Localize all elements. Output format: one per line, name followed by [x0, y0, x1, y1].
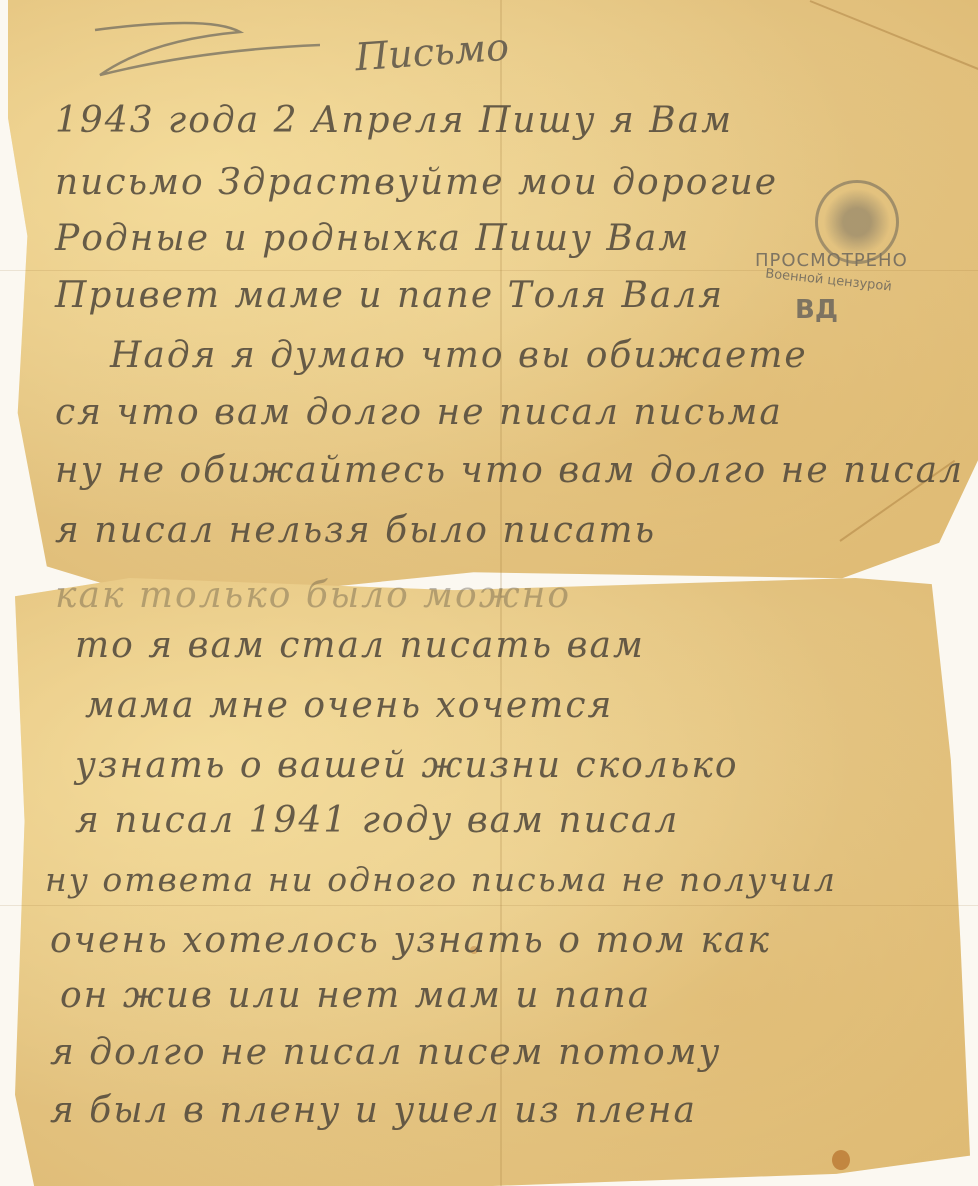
letter-line: Привет маме и папе Толя Валя	[55, 275, 724, 316]
horizontal-fold	[0, 905, 978, 906]
letter-line: он жив или нет мам и папа	[60, 975, 651, 1016]
letter-line: мама мне очень хочется	[85, 685, 613, 726]
letter-line: письмо Здраствуйте мои дорогие	[55, 162, 778, 203]
censor-stamp: ПРОСМОТРЕНО Военной цензурой ВД	[745, 180, 945, 350]
stamp-code: ВД	[795, 295, 838, 325]
letter-line: ся что вам долго не писал письма	[55, 392, 783, 433]
letter-line: то я вам стал писать вам	[75, 625, 645, 666]
letter-line: Надя я думаю что вы обижаете	[110, 335, 808, 376]
ink-stain	[832, 1150, 850, 1170]
letter-line: я долго не писал писем потому	[50, 1032, 721, 1073]
pencil-scribble	[90, 20, 320, 80]
letter-line: 1943 года 2 Апреля Пишу я Вам	[55, 100, 733, 141]
letter-line: Родные и родныхка Пишу Вам	[55, 218, 690, 259]
letter-line: я был в плену и ушел из плена	[50, 1090, 697, 1131]
letter-line-torn: как только было можно	[55, 575, 571, 616]
letter-line: очень хотелось узнать о том как	[50, 920, 771, 961]
letter-line: узнать о вашей жизни сколько	[75, 745, 739, 786]
letter-line: я писал 1941 году вам писал	[75, 800, 679, 841]
letter-line: ну ответа ни одного письма не получил	[45, 860, 837, 899]
letter-line: я писал нельзя было писать	[55, 510, 656, 551]
letter-line: ну не обижайтесь что вам долго не писал	[55, 450, 964, 491]
